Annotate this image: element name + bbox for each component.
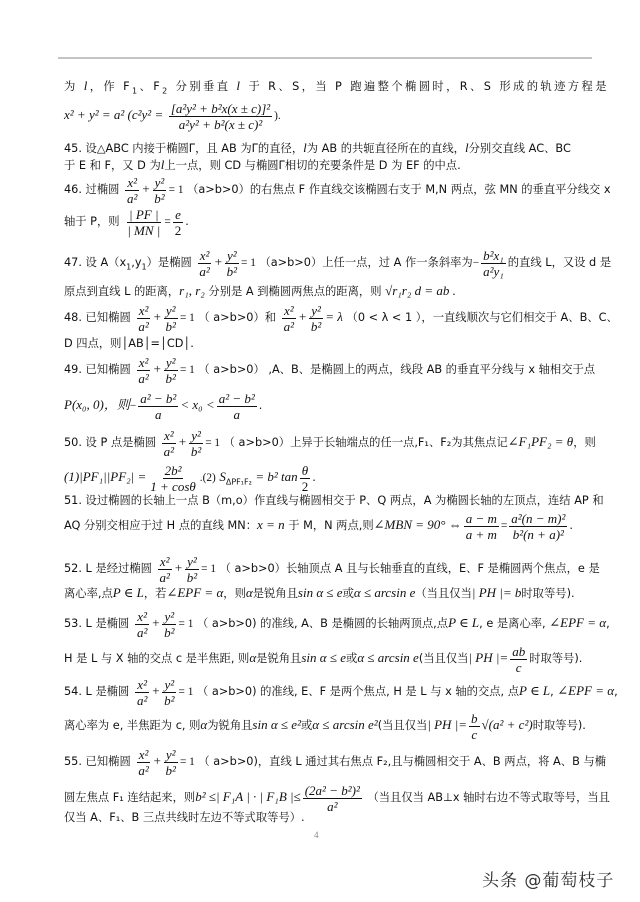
text: （ a>b>0）和: [198, 311, 276, 324]
text: 时取等号).: [521, 587, 574, 600]
numerator: y²: [309, 303, 323, 319]
math: α ≤ arcsin e: [357, 650, 419, 665]
watermark: 头条 @葡萄枝子: [482, 866, 614, 891]
op: +: [153, 753, 162, 768]
op: +: [153, 309, 162, 324]
numerator: x²: [137, 303, 151, 319]
text: 49. 已知椭圆: [64, 363, 131, 376]
denominator: b²: [164, 763, 178, 778]
fraction: a² − b²a: [217, 391, 257, 422]
header-rule: [58, 57, 592, 59]
text: 分别垂直: [176, 80, 231, 93]
text: .(2): [200, 472, 216, 484]
denominator: a²: [135, 625, 149, 640]
text: 时取等号).: [533, 719, 586, 732]
math: ∠MBN = 90° ⇔: [374, 517, 462, 532]
fraction: x²a²: [158, 554, 172, 585]
fraction: y²b²: [162, 609, 176, 640]
numerator: [a²y² + b²x(x ± c)]²: [169, 101, 272, 117]
math: | PH |= b: [472, 585, 522, 600]
denominator: b²: [162, 693, 176, 708]
text: .: [185, 215, 189, 228]
denominator: b²: [152, 191, 166, 206]
item-51-line-2: AQ 分别交相应于过 H 点的直线 MN：x = n 于 M，N 两点,则∠MB…: [64, 508, 594, 543]
fraction: y²b²: [185, 554, 199, 585]
math: ∠F₁PF₂ = θ: [508, 434, 573, 449]
item-46-line-2: 轴于 P，则 | PF || MN |=e2.: [64, 205, 594, 239]
fraction: y²b²: [164, 303, 178, 334]
op: = 1: [179, 618, 194, 630]
denominator: a²y² + b²(x ± c)²: [177, 117, 264, 132]
numerator: x²: [135, 677, 149, 693]
op: =: [164, 216, 170, 228]
text: ，则: [573, 436, 596, 449]
math: P ∈ L: [448, 615, 479, 630]
text: .: [312, 471, 316, 484]
numerator: θ: [300, 463, 310, 479]
denominator: b²: [225, 264, 239, 279]
text: （ a>b>0) 的准线, A、B 是椭圆的长轴两顶点,点: [197, 617, 448, 630]
fraction: x²a²: [135, 609, 149, 640]
equation-lhs: x² + y² = a² (c²y² =: [64, 107, 163, 122]
item-45-line-1: 45. 设△ABC 内接于椭圆Γ，且 AB 为Γ的直径，l为 AB 的共轭直径所…: [64, 140, 594, 157]
op: = 1: [180, 756, 195, 768]
text: ).: [274, 110, 281, 122]
op: +: [174, 560, 183, 575]
numerator: | PF |: [127, 207, 161, 223]
denominator: b²: [189, 444, 203, 459]
text: 的直线 L，又设 d 是: [508, 256, 611, 269]
text: 52. L 是经过椭圆: [64, 562, 152, 575]
denominator: b²: [162, 625, 176, 640]
item-55-line-1: 55. 已知椭圆 x²a²+y²b²= 1 （ a>b>0)，直线 L 通过其右…: [64, 744, 594, 779]
math: sin α ≤ e²: [252, 717, 301, 732]
text: （ a>b>0）长轴顶点 A 且与长轴垂直的直线，E、F 是椭圆两个焦点，e 是: [220, 562, 600, 575]
text: .: [259, 399, 263, 412]
op: +: [298, 309, 307, 324]
numerator: y²: [164, 747, 178, 763]
math: r₁, r₂: [179, 283, 205, 298]
text: ）是椭圆: [147, 256, 192, 269]
fraction: a²(n − m)²b²(n + a)²: [509, 511, 567, 542]
item-48-line-2: D 四点，则│AB│=│CD│.: [64, 336, 594, 352]
denominator: 2: [300, 479, 311, 494]
text: ，作 F: [90, 80, 132, 93]
text: （当且仅当: [415, 587, 472, 600]
fraction: x²a²: [136, 355, 150, 386]
fraction: x²a²: [197, 248, 211, 279]
text: 50. 设 P 点是椭圆: [64, 436, 156, 449]
denominator: b²(n + a)²: [511, 527, 566, 542]
op: = 1: [169, 184, 184, 196]
text: 原点到直线 L 的距离，: [64, 285, 179, 298]
math: ∠EPF = α: [557, 683, 614, 698]
fraction: a − ma + m: [464, 511, 499, 542]
item-51-line-1: 51. 设过椭圆的长轴上一点 B（m,o）作直线与椭圆相交于 P、Q 两点，A …: [64, 493, 594, 509]
fraction: 2b²1 + cosθ: [148, 463, 198, 494]
op: = λ: [325, 309, 343, 324]
numerator: e: [173, 207, 183, 223]
text: 51. 设过椭圆的长轴上一点 B（m,o）作直线与椭圆相交于 P、Q 两点，A …: [64, 494, 604, 507]
text: 为: [64, 80, 78, 93]
numerator: y²: [185, 554, 199, 570]
math: sin α ≤ e: [301, 650, 346, 665]
text: 或: [301, 719, 312, 732]
text: （ a>b>0)，直线 L 通过其右焦点 F₂,且与椭圆相交于 A、B 两点，将…: [198, 755, 606, 768]
item-52-line-1: 52. L 是经过椭圆 x²a²+y²b²= 1 （ a>b>0）长轴顶点 A …: [64, 551, 594, 586]
text: 48. 已知椭圆: [64, 311, 131, 324]
numerator: ab: [510, 644, 527, 660]
text: 是锐角且: [256, 652, 301, 665]
text: .: [569, 519, 573, 532]
op: −: [473, 257, 479, 269]
item-54-line-2: 离心率为 e, 半焦距为 c, 则α为锐角且sin α ≤ e²或α ≤ arc…: [64, 708, 594, 743]
item-49-line-2: P(x₀, 0)，则−a² − b²a< x₀ <a² − b²a.: [64, 388, 594, 423]
item-47-line-2: 原点到直线 L 的距离，r₁, r₂ 分别是 A 到椭圆两焦点的距离，则 √r₁…: [64, 283, 594, 300]
math: x = n: [257, 517, 285, 532]
numerator: x²: [135, 609, 149, 625]
fraction: x²a²: [136, 303, 150, 334]
denominator: a²: [282, 319, 296, 334]
text: (当且仅当: [378, 719, 428, 732]
text: （ a>b>0）上异于长轴端点的任一点,F₁、F₂为其焦点记: [224, 436, 508, 449]
math: b² ≤| F₁A | · | F₁B |≤: [195, 789, 301, 804]
fraction: b²x₁a²y₁: [481, 248, 506, 279]
math: P ∈ L: [113, 585, 144, 600]
text: ，则: [223, 587, 246, 600]
text: 为锐角且: [207, 719, 252, 732]
fraction: y²b²: [164, 747, 178, 778]
text: 于 E 和 F，又 D 为: [64, 159, 161, 172]
fraction: y²b²: [164, 355, 178, 386]
denominator: 2: [173, 223, 184, 238]
item-52-line-2: 离心率,点P ∈ L，若∠EPF = α，则α是锐角且sin α ≤ e或α ≤…: [64, 585, 594, 602]
fraction: [a²y² + b²x(x ± c)]²a²y² + b²(x ± c)²: [169, 101, 272, 132]
fraction: y²b²: [189, 428, 203, 459]
denominator: 1 + cosθ: [148, 479, 198, 494]
text: H 是 L 与 X 轴的交点 c 是半焦距, 则: [64, 652, 249, 665]
numerator: a²(n − m)²: [509, 511, 567, 527]
numerator: a² − b²: [138, 391, 178, 407]
item-44-line-2: x² + y² = a² (c²y² = [a²y² + b²x(x ± c)]…: [64, 98, 594, 133]
op: =: [501, 520, 507, 532]
math: α ≤ arcsin e: [354, 585, 416, 600]
text: 、F: [140, 80, 163, 93]
math: P ∈ L: [519, 683, 550, 698]
op: −: [130, 400, 136, 412]
text: 53. L 是椭圆: [64, 617, 129, 630]
op: +: [151, 683, 160, 698]
numerator: b²x₁: [481, 248, 506, 264]
item-53-line-1: 53. L 是椭圆 x²a²+y²b²= 1 （ a>b>0) 的准线, A、B…: [64, 606, 594, 641]
text: , e 是离心率,: [479, 617, 546, 630]
text: 46. 过椭圆: [64, 183, 119, 196]
math: = b² tan: [255, 469, 297, 484]
text: 于 M，N 两点,则: [288, 519, 373, 532]
fraction: | PF || MN |: [125, 207, 162, 238]
text: 或: [343, 587, 354, 600]
denominator: a²: [125, 191, 139, 206]
denominator: a²y₁: [481, 264, 506, 279]
text: 55. 已知椭圆: [64, 755, 131, 768]
fraction: e2: [173, 207, 184, 238]
numerator: x²: [125, 175, 139, 191]
item-50-line-2: (1)|PF₁||PF₂| =2b²1 + cosθ.(2) SΔPF₁F₂ =…: [64, 460, 594, 495]
fraction: θ2: [300, 463, 311, 494]
fraction: (2a² − b²)²a²: [303, 783, 362, 814]
denominator: a²: [158, 570, 172, 585]
math: (1)|PF₁||PF₂| =: [64, 469, 146, 484]
numerator: x²: [198, 248, 212, 264]
op: +: [153, 361, 162, 376]
math: √(a² + c²): [482, 717, 533, 732]
denominator: c: [469, 727, 479, 742]
text: 或: [346, 652, 357, 665]
fraction: x²a²: [162, 428, 176, 459]
numerator: 2b²: [163, 463, 184, 479]
text: 是锐角且: [253, 587, 298, 600]
text: （当且仅当 AB⊥x 轴时右边不等式取等号，当且: [367, 791, 610, 804]
fraction: x²a²: [135, 677, 149, 708]
text: (当且仅当: [419, 652, 469, 665]
text: ，若: [144, 587, 167, 600]
text: 45. 设△ABC 内接于椭圆Γ，且 AB 为Γ的直径，: [64, 142, 303, 155]
denominator: a + m: [464, 527, 499, 542]
denominator: a: [153, 407, 164, 422]
numerator: a² − b²: [217, 391, 257, 407]
text: 轴于 P，则: [64, 215, 120, 228]
item-44-line-1: 为 l，作 F1、F2 分别垂直 l 于 R、S，当 P 跑遍整个椭圆时，R、S…: [64, 78, 594, 95]
subscript: ΔPF₁F₂: [226, 477, 252, 486]
fraction: bc: [469, 711, 480, 742]
text: 仅当 A、F₁、B 三点共线时左边不等式取等号）.: [64, 811, 305, 824]
item-47-line-1: 47. 设 A（x1,y1）是椭圆 x²a²+y²b²= 1 （a>b>0）上任…: [64, 245, 594, 280]
text: （ a>b>0) 的准线, E、F 是两个焦点, H 是 L 与 x 轴的交点,…: [197, 685, 519, 698]
op: +: [151, 615, 160, 630]
numerator: x²: [282, 303, 296, 319]
numerator: x²: [137, 747, 151, 763]
op: = 1: [241, 257, 256, 269]
numerator: x²: [158, 554, 172, 570]
denominator: a²: [197, 264, 211, 279]
denominator: a²: [162, 444, 176, 459]
fraction: y²b²: [152, 175, 166, 206]
denominator: c: [514, 660, 524, 675]
numerator: y²: [164, 303, 178, 319]
fraction: a² − b²a: [138, 391, 178, 422]
denominator: a: [231, 407, 242, 422]
text: 上一点，则 CD 与椭圆Γ相切的充要条件是 D 为 EF 的中点.: [164, 159, 460, 172]
fraction: x²a²: [282, 303, 296, 334]
op: +: [214, 254, 223, 269]
numerator: y²: [153, 175, 167, 191]
op: = 1: [201, 563, 216, 575]
text: 为 AB 的共轭直径所在的直线，: [307, 142, 465, 155]
item-54-line-1: 54. L 是椭圆 x²a²+y²b²= 1 （ a>b>0) 的准线, E、F…: [64, 674, 594, 709]
item-46-line-1: 46. 过椭圆 x²a²+y²b²= 1 （a>b>0）的右焦点 F 作直线交该…: [64, 172, 594, 207]
fraction: x²a²: [125, 175, 139, 206]
denominator: a²: [136, 371, 150, 386]
math: ∠EPF = α: [549, 615, 606, 630]
math: α ≤ arcsin e²: [312, 717, 377, 732]
text: AQ 分别交相应于过 H 点的直线 MN：: [64, 519, 257, 532]
math: √r₁r₂ d = ab .: [385, 283, 456, 298]
numerator: b: [469, 711, 480, 727]
text: 离心率,点: [64, 587, 113, 600]
math: | PH |=: [427, 717, 467, 732]
math: α: [246, 585, 253, 600]
denominator: a²: [135, 693, 149, 708]
fraction: x²a²: [136, 747, 150, 778]
op: = 1: [179, 686, 194, 698]
numerator: (2a² − b²)²: [303, 783, 362, 799]
op: +: [141, 181, 150, 196]
text: （a>b>0）的右焦点 F 作直线交该椭圆右支于 M,N 两点，弦 MN 的垂直…: [187, 183, 611, 196]
denominator: b²: [164, 319, 178, 334]
fraction: y²b²: [162, 677, 176, 708]
text: 时取等号).: [529, 652, 582, 665]
denominator: a²: [136, 319, 150, 334]
text: 离心率为 e, 半焦距为 c, 则: [64, 719, 200, 732]
text: 47. 设 A（x: [64, 256, 126, 269]
numerator: x²: [162, 428, 176, 444]
math: ∠EPF = α: [166, 585, 223, 600]
denominator: b²: [309, 319, 323, 334]
text: 分别交直线 AC、BC: [469, 142, 571, 155]
op: = 1: [205, 437, 220, 449]
denominator: b²: [185, 570, 199, 585]
text: 圆左焦点 F₁ 连结起来，则: [64, 791, 195, 804]
item-48-line-1: 48. 已知椭圆 x²a²+y²b²= 1 （ a>b>0）和 x²a²+y²b…: [64, 300, 594, 335]
numerator: y²: [189, 428, 203, 444]
op: = 1: [180, 312, 195, 324]
denominator: a²: [136, 763, 150, 778]
denominator: b²: [164, 371, 178, 386]
page-number: 4: [314, 830, 319, 840]
text: （ a>b>0） ,A、B、是椭圆上的两点，线段 AB 的垂直平分线与 x 轴相…: [198, 363, 595, 376]
math: | PH |=: [468, 650, 508, 665]
numerator: y²: [162, 677, 176, 693]
item-55-line-3: 仅当 A、F₁、B 三点共线时左边不等式取等号）.: [64, 810, 594, 826]
item-49-line-1: 49. 已知椭圆 x²a²+y²b²= 1 （ a>b>0） ,A、B、是椭圆上…: [64, 352, 594, 387]
op: = 1: [180, 364, 195, 376]
denominator: | MN |: [125, 223, 162, 238]
numerator: x²: [137, 355, 151, 371]
math: sin α ≤ e: [298, 585, 343, 600]
text: （0 < λ < 1 ），一直线顺次与它们相交于 A、B、C、: [347, 311, 618, 324]
math-l: l: [236, 78, 242, 93]
numerator: y²: [225, 248, 239, 264]
op: < x₀ <: [180, 397, 214, 412]
numerator: y²: [162, 609, 176, 625]
text: 于 R、S，当 P 跑遍整个椭圆时，R、S 形成的轨迹方程是: [248, 80, 608, 93]
text: D 四点，则│AB│=│CD│.: [64, 337, 194, 350]
numerator: y²: [164, 355, 178, 371]
numerator: a − m: [464, 511, 499, 527]
op: +: [178, 434, 187, 449]
math: P(x₀, 0)，则: [64, 397, 130, 412]
fraction: y²b²: [225, 248, 239, 279]
item-53-line-2: H 是 L 与 X 轴的交点 c 是半焦距, 则α是锐角且sin α ≤ e或α…: [64, 641, 594, 676]
fraction: abc: [510, 644, 527, 675]
text: （a>b>0）上任一点，过 A 作一条斜率为: [259, 256, 472, 269]
text: 54. L 是椭圆: [64, 685, 129, 698]
text: 分别是 A 到椭圆两焦点的距离，则: [208, 285, 381, 298]
fraction: y²b²: [309, 303, 323, 334]
item-50-line-1: 50. 设 P 点是椭圆 x²a²+y²b²= 1 （ a>b>0）上异于长轴端…: [64, 425, 594, 460]
